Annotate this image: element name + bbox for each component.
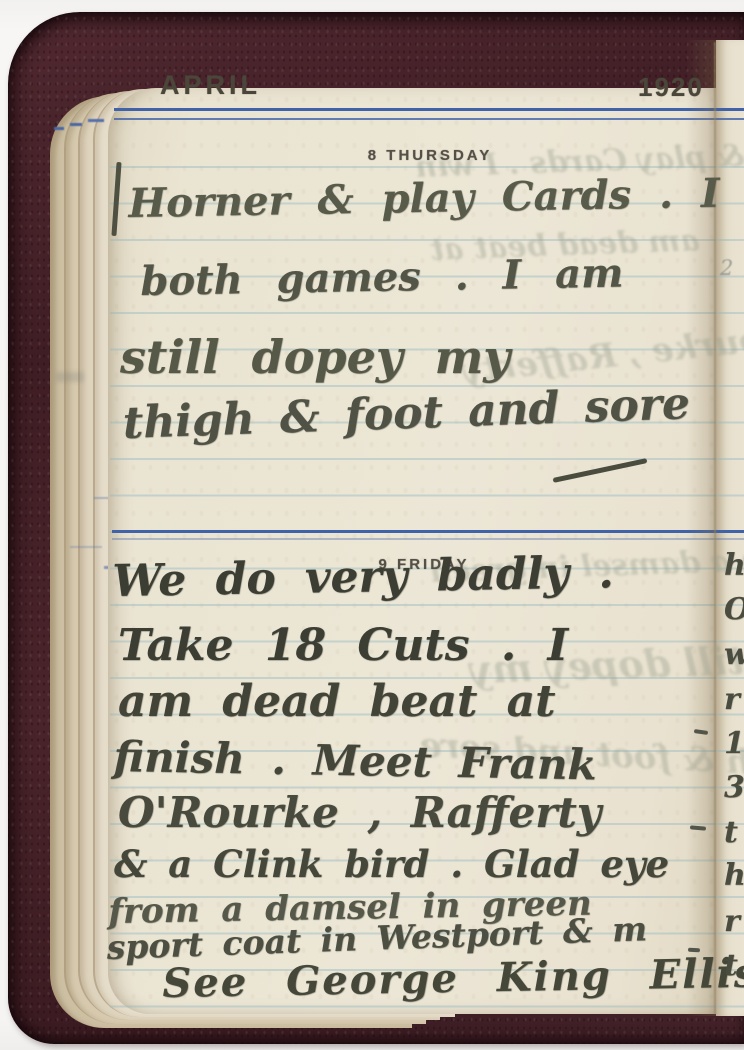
handwriting-line: am dead beat at: [118, 676, 555, 727]
day-header-thursday: 8 THURSDAY: [368, 147, 492, 164]
section-blue-rule-faint: [112, 538, 744, 540]
ink-fragment: r: [724, 904, 740, 939]
edge-blue-mark: [70, 123, 82, 126]
section-blue-rule: [112, 530, 744, 533]
ink-fragment: 1: [724, 726, 744, 761]
scanned-diary-photo: Horner & play Cards . I win am dead beat…: [0, 0, 744, 1050]
ink-fragment: 3: [724, 770, 744, 805]
ink-fragment: w: [724, 637, 744, 672]
handwriting-line: & a Clink bird . Glad eye: [114, 842, 669, 886]
ink-fragment: t: [724, 815, 738, 850]
handwriting-line: both games . I am: [140, 250, 624, 305]
margin-ink-dash: [688, 948, 700, 953]
edge-smudge: [56, 372, 84, 382]
header-blue-rule: [114, 118, 744, 120]
edge-blue-dash: [70, 546, 102, 548]
year-label: 1920: [638, 72, 704, 103]
pencil-mark: 2: [720, 256, 733, 280]
ink-fragment: O: [724, 592, 744, 627]
edge-blue-mark: [54, 127, 64, 130]
handwriting-line: We do very badly .: [112, 547, 614, 607]
handwriting-line: finish . Meet Frank: [113, 732, 597, 789]
handwriting-line: still dopey my: [120, 330, 510, 384]
ink-fragment: r: [724, 682, 740, 717]
handwriting-line: O'Rourke , Rafferty: [118, 788, 601, 837]
ink-fragment: t: [724, 948, 738, 983]
handwriting-line: Take 18 Cuts . I: [118, 620, 568, 671]
edge-blue-mark: [88, 119, 104, 122]
month-label: APRIL: [160, 70, 261, 101]
header-blue-rule: [114, 108, 744, 111]
ink-fragment: h: [724, 858, 744, 893]
ink-fragment: h: [724, 548, 744, 583]
